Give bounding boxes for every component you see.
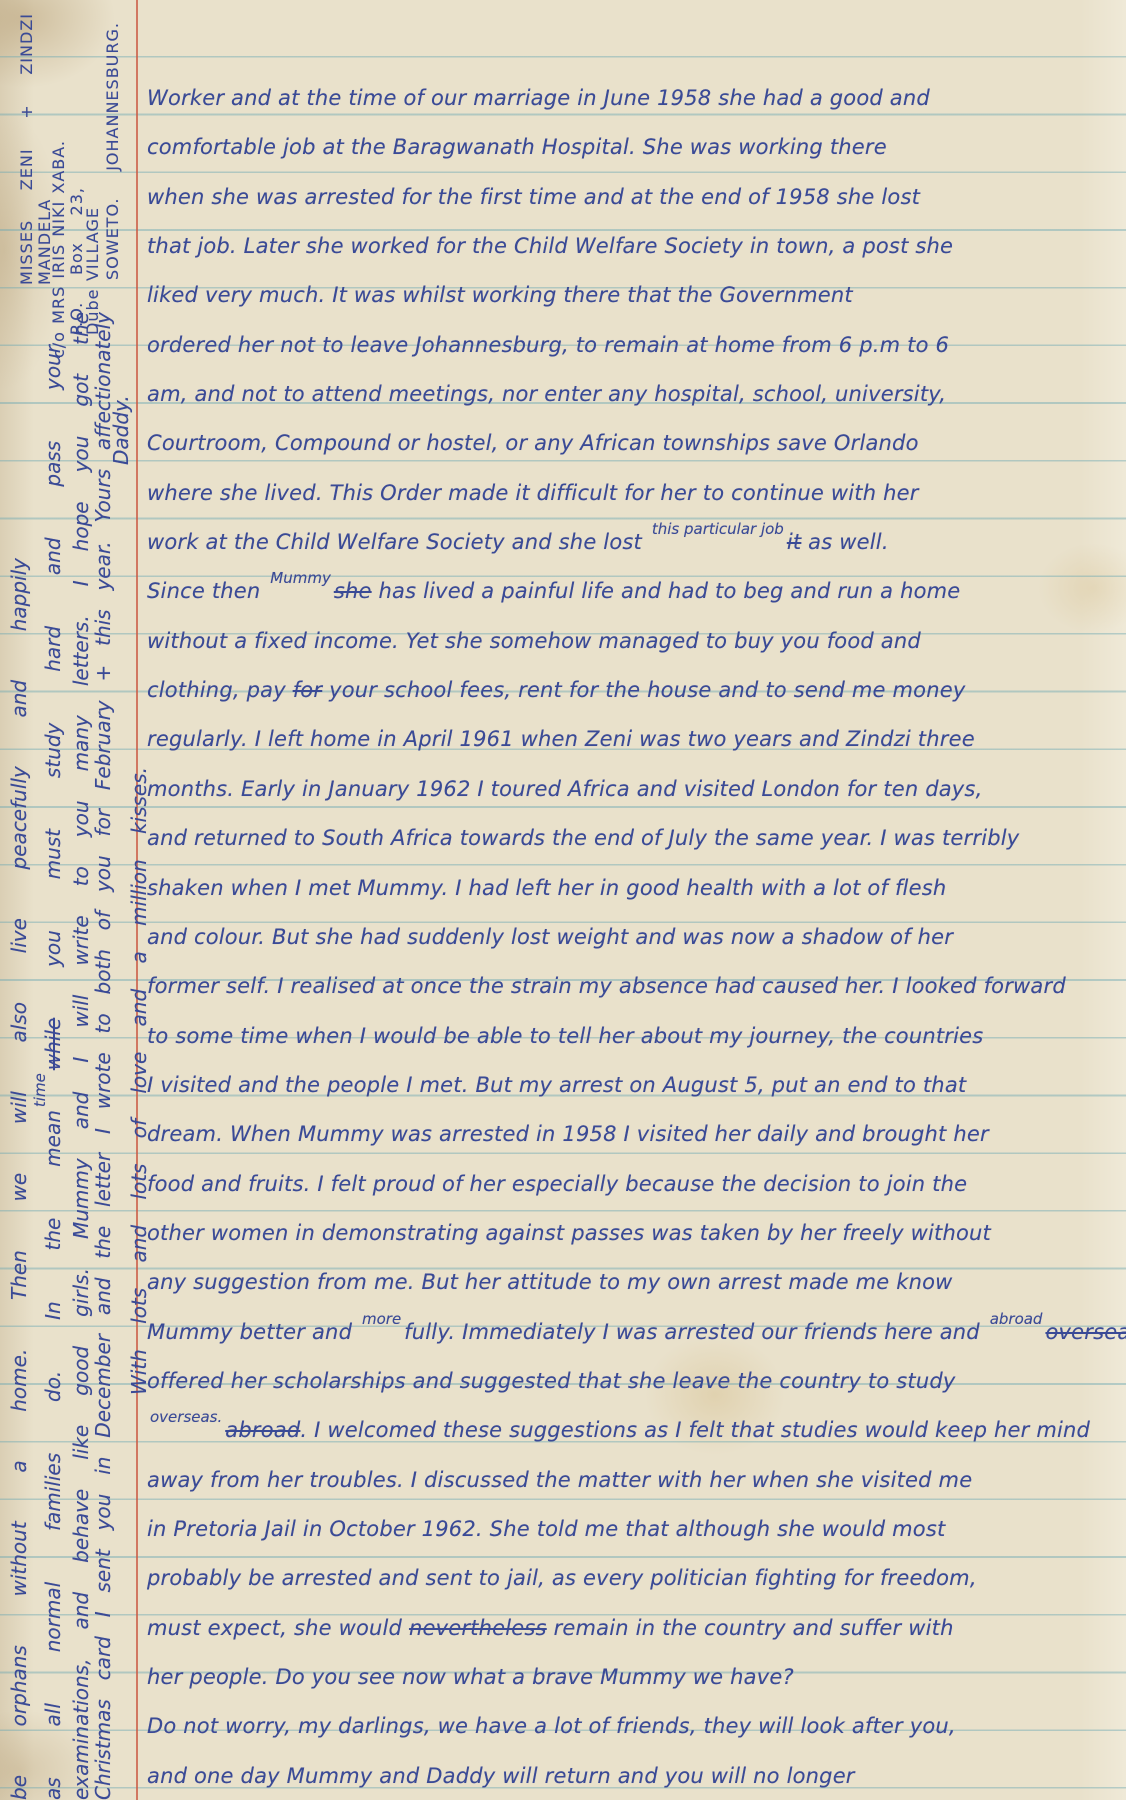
body-line: when she was arrested for the first time… xyxy=(147,173,1119,222)
handwriting-text: to some time when I would be able to tel… xyxy=(147,1024,983,1048)
body-line: other women in demonstrating against pas… xyxy=(147,1209,1119,1258)
body-line: Do not worry, my darlings, we have a lot… xyxy=(147,1702,1119,1751)
handwriting-text: her people. Do you see now what a brave … xyxy=(147,1665,794,1689)
body-line: her people. Do you see now what a brave … xyxy=(147,1653,1119,1702)
handwriting-text: your school fees, rent for the house and… xyxy=(322,678,965,702)
struck-word: while xyxy=(41,1018,65,1070)
handwriting-text: Mummy better and xyxy=(147,1320,359,1344)
handwriting-text: am, and not to attend meetings, nor ente… xyxy=(147,382,946,406)
body-line: am, and not to attend meetings, nor ente… xyxy=(147,370,1119,419)
body-line: overseas.abroad. I welcomed these sugges… xyxy=(147,1406,1119,1455)
handwriting-text: where she lived. This Order made it diff… xyxy=(147,481,919,505)
handwriting-text: away from her troubles. I discussed the … xyxy=(147,1468,972,1492)
inserted-word: more xyxy=(359,1310,404,1328)
struck-word: abroad xyxy=(225,1418,300,1442)
handwriting-text: work at the Child Welfare Society and sh… xyxy=(147,530,649,554)
handwriting-text: and one day Mummy and Daddy will return … xyxy=(147,1764,855,1788)
inserted-word: time xyxy=(31,1070,49,1110)
handwriting-text: Worker and at the time of our marriage i… xyxy=(147,86,930,110)
body-line: Worker and at the time of our marriage i… xyxy=(147,74,1119,123)
address-line: MISSES ZENI + ZINDZI MANDELA xyxy=(18,13,53,285)
handwriting-text: dream. When Mummy was arrested in 1958 I… xyxy=(147,1122,989,1146)
body-text: Worker and at the time of our marriage i… xyxy=(147,74,1119,1800)
body-line: any suggestion from me. But her attitude… xyxy=(147,1258,1119,1307)
struck-word: she xyxy=(334,579,372,603)
body-line: clothing, pay for your school fees, rent… xyxy=(147,666,1119,715)
inserted-word: abroad xyxy=(987,1310,1046,1328)
struck-word: it xyxy=(787,530,801,554)
handwriting-text: SOWETO. JOHANNESBURG. xyxy=(103,22,122,280)
handwriting-text: other women in demonstrating against pas… xyxy=(147,1221,991,1245)
inserted-word: Mummy xyxy=(267,569,334,587)
handwriting-text: remain in the country and suffer with xyxy=(547,1616,954,1640)
handwriting-text: shaken when I met Mummy. I had left her … xyxy=(147,876,946,900)
handwriting-text: as well. xyxy=(801,530,888,554)
handwriting-text: that job. Later she worked for the Child… xyxy=(147,234,953,258)
handwriting-text: former self. I realised at once the stra… xyxy=(147,974,1066,998)
handwriting-text: Daddy. xyxy=(109,395,133,465)
margin-note-line: Christmas card I sent you in December an… xyxy=(92,312,114,1800)
handwriting-text: . I welcomed these suggestions as I felt… xyxy=(300,1418,1090,1442)
handwriting-text: Christmas card I sent you in December an… xyxy=(91,312,115,1800)
body-line: Mummy better and morefully. Immediately … xyxy=(147,1308,1119,1357)
body-line: in Pretoria Jail in October 1962. She to… xyxy=(147,1505,1119,1554)
body-line: and one day Mummy and Daddy will return … xyxy=(147,1752,1119,1800)
handwriting-text: clothing, pay xyxy=(147,678,293,702)
body-line: where she lived. This Order made it diff… xyxy=(147,469,1119,518)
handwriting-text: probably be arrested and sent to jail, a… xyxy=(147,1566,977,1590)
handwriting-text: has lived a painful life and had to beg … xyxy=(372,579,961,603)
body-line: must expect, she would nevertheless rema… xyxy=(147,1604,1119,1653)
handwriting-text: offered her scholarships and suggested t… xyxy=(147,1369,956,1393)
body-line: Since then Mummyshe has lived a painful … xyxy=(147,567,1119,616)
handwriting-text: as all normal families do. In the mean xyxy=(41,1110,65,1800)
handwriting-text: months. Early in January 1962 I toured A… xyxy=(147,777,982,801)
body-line: food and fruits. I felt proud of her esp… xyxy=(147,1160,1119,1209)
handwriting-text: liked very much. It was whilst working t… xyxy=(147,283,853,307)
address-line: SOWETO. JOHANNESBURG. xyxy=(104,22,122,280)
body-line: that job. Later she worked for the Child… xyxy=(147,222,1119,271)
body-line: and returned to South Africa towards the… xyxy=(147,814,1119,863)
inserted-word: this particular job xyxy=(649,520,787,538)
body-line: months. Early in January 1962 I toured A… xyxy=(147,765,1119,814)
body-line: and colour. But she had suddenly lost we… xyxy=(147,913,1119,962)
body-line: away from her troubles. I discussed the … xyxy=(147,1456,1119,1505)
handwriting-text: when she was arrested for the first time… xyxy=(147,185,920,209)
body-line: work at the Child Welfare Society and sh… xyxy=(147,518,1119,567)
struck-word: nevertheless xyxy=(409,1616,547,1640)
body-line: liked very much. It was whilst working t… xyxy=(147,271,1119,320)
handwriting-text: and returned to South Africa towards the… xyxy=(147,826,1019,850)
handwriting-text: be orphans without a home. Then we will … xyxy=(7,558,31,1800)
handwriting-text: ordered her not to leave Johannesburg, t… xyxy=(147,333,949,357)
handwriting-text: Courtroom, Compound or hostel, or any Af… xyxy=(147,431,919,455)
body-line: probably be arrested and sent to jail, a… xyxy=(147,1554,1119,1603)
body-line: former self. I realised at once the stra… xyxy=(147,962,1119,1011)
struck-word: for xyxy=(293,678,322,702)
margin-note-line: Daddy. xyxy=(110,347,132,465)
handwriting-text: Since then xyxy=(147,579,267,603)
handwriting-text: and colour. But she had suddenly lost we… xyxy=(147,925,953,949)
body-line: comfortable job at the Baragwanath Hospi… xyxy=(147,123,1119,172)
body-line: shaken when I met Mummy. I had left her … xyxy=(147,864,1119,913)
handwriting-text: c/o MRS IRIS NIKI XABA. xyxy=(49,140,68,358)
address-line: c/o MRS IRIS NIKI XABA. xyxy=(50,140,68,358)
letter-page: MISSES ZENI + ZINDZI MANDELAc/o MRS IRIS… xyxy=(0,0,1126,1800)
handwriting-text: comfortable job at the Baragwanath Hospi… xyxy=(147,135,887,159)
margin-note-line: as all normal families do. In the meanti… xyxy=(42,345,64,1800)
body-line: without a fixed income. Yet she somehow … xyxy=(147,617,1119,666)
handwriting-text: without a fixed income. Yet she somehow … xyxy=(147,629,921,653)
body-line: I visited and the people I met. But my a… xyxy=(147,1061,1119,1110)
handwriting-text: you must study hard and pass your xyxy=(41,345,65,1018)
handwriting-text: regularly. I left home in April 1961 whe… xyxy=(147,727,975,751)
margin-note-line: examinations, and behave like good girls… xyxy=(70,312,92,1800)
handwriting-text: examinations, and behave like good girls… xyxy=(69,312,93,1800)
handwriting-text: Do not worry, my darlings, we have a lot… xyxy=(147,1714,956,1738)
inserted-word: overseas. xyxy=(147,1408,225,1426)
body-line: regularly. I left home in April 1961 whe… xyxy=(147,715,1119,764)
margin-note-line: be orphans without a home. Then we will … xyxy=(8,558,30,1800)
handwriting-text: I visited and the people I met. But my a… xyxy=(147,1073,966,1097)
handwriting-text: must expect, she would xyxy=(147,1616,409,1640)
handwriting-text: in Pretoria Jail in October 1962. She to… xyxy=(147,1517,945,1541)
body-line: dream. When Mummy was arrested in 1958 I… xyxy=(147,1110,1119,1159)
handwriting-text: any suggestion from me. But her attitude… xyxy=(147,1270,953,1294)
handwriting-text: food and fruits. I felt proud of her esp… xyxy=(147,1172,967,1196)
body-line: Courtroom, Compound or hostel, or any Af… xyxy=(147,419,1119,468)
body-line: offered her scholarships and suggested t… xyxy=(147,1357,1119,1406)
handwriting-text: fully. Immediately I was arrested our fr… xyxy=(404,1320,987,1344)
body-line: ordered her not to leave Johannesburg, t… xyxy=(147,321,1119,370)
struck-word: overseas xyxy=(1045,1320,1126,1344)
body-line: to some time when I would be able to tel… xyxy=(147,1012,1119,1061)
